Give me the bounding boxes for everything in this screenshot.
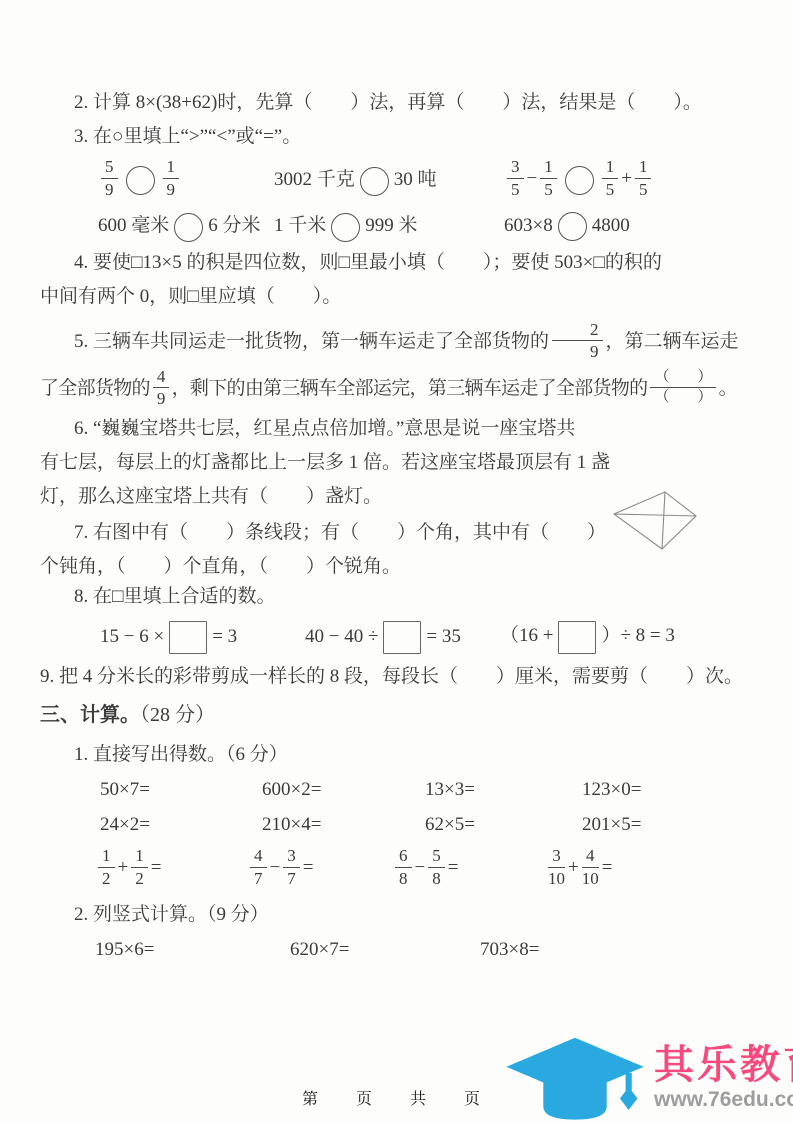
question-4-line2: 中间有两个 0，则□里应填（ ）。: [40, 280, 762, 314]
fraction-numerator: 1: [98, 846, 115, 867]
fraction-numerator: 3: [283, 846, 300, 867]
fraction-denominator: 9: [163, 179, 180, 199]
operator: +: [568, 857, 579, 878]
fraction-numerator: 1: [131, 846, 148, 867]
equation-item: （16 +）÷ 8 = 3: [500, 620, 762, 653]
fraction: 49: [153, 367, 169, 408]
worksheet-page: 2. 计算 8×(38+62)时，先算（ ）法，再算（ ）法，结果是（ ）。 3…: [0, 0, 793, 1122]
calc-item: 68−58=: [392, 848, 545, 889]
equals-sign: =: [448, 857, 459, 878]
fraction-numerator: 4: [250, 846, 267, 867]
equation-pre: 15 − 6 ×: [100, 625, 164, 646]
question-4-line1: 4. 要使□13×5 的积是四位数，则□里最小填（ ）；要使 503×□的积的: [40, 246, 762, 280]
fraction-numerator: 3: [548, 846, 565, 867]
compare-right: 999 米: [365, 215, 417, 236]
equation-pre: 40 − 40 ÷: [305, 625, 378, 646]
compare-left: 3002 千克: [274, 169, 355, 190]
fraction-denominator: 9: [552, 341, 603, 361]
compare-circle-blank: [331, 213, 360, 242]
fraction-denominator: 5: [602, 179, 619, 199]
question-3-title: 3. 在○里填上“>”“<”或“=”。: [40, 120, 762, 154]
fraction: 37: [283, 846, 300, 887]
question-6-line2: 有七层，每层上的灯盏都比上一层多 1 倍。若这座宝塔最顶层有 1 盏: [40, 446, 762, 480]
compare-circle-blank: [565, 166, 594, 195]
question-text: 了全部货物的: [40, 378, 150, 399]
fraction-denominator: 10: [548, 868, 565, 888]
question-text: 。: [719, 378, 737, 399]
fraction: 12: [98, 846, 115, 887]
question-text: ，剩下的由第三辆车全部运完，第三辆车运走了全部货物的: [172, 378, 648, 399]
calc-vertical-title: 2. 列竖式计算。（9 分）: [40, 898, 762, 932]
fraction-denominator: 7: [283, 868, 300, 888]
fraction-denominator: 8: [428, 868, 445, 888]
fraction: 12: [131, 846, 148, 887]
blank-box: [169, 621, 207, 654]
compare-item: 1 千米999 米: [274, 210, 504, 241]
fraction: 59: [101, 157, 118, 198]
kite-geometry-figure: [612, 486, 698, 552]
fraction-denominator: 9: [101, 179, 118, 199]
fraction: 29: [552, 320, 603, 361]
compare-right: 6 分米: [208, 215, 260, 236]
equation-item: 15 − 6 ×= 3: [100, 621, 305, 654]
compare-item: 35−1515+15: [504, 159, 762, 200]
brand-text: 其乐教育 www.76edu.com: [654, 1036, 793, 1112]
compare-right: 30 吨: [394, 169, 437, 190]
calc-direct-row3: 12+12= 47−37= 68−58= 310+410=: [95, 842, 762, 896]
question-5-line1: 5. 三辆车共同运走一批货物，第一辆车运走了全部货物的29，第二辆车运走: [40, 318, 762, 365]
calc-item: 50×7=: [100, 772, 262, 807]
compare-item: 600 毫米6 分米: [98, 210, 274, 241]
fraction: 19: [163, 157, 180, 198]
fraction: 58: [428, 846, 445, 887]
fraction: 47: [250, 846, 267, 887]
fraction: 68: [395, 846, 412, 887]
equals-sign: =: [151, 857, 162, 878]
fraction-denominator: 9: [153, 388, 169, 408]
fraction-numerator: 4: [582, 846, 599, 867]
blank-box: [383, 621, 421, 654]
fraction-denominator: 5: [635, 179, 652, 199]
calc-item: 620×7=: [290, 932, 480, 968]
fraction-numerator: 1: [540, 157, 557, 178]
operator: −: [527, 168, 538, 189]
fraction-numerator: 1: [163, 157, 180, 178]
brand-logo: 其乐教育 www.76edu.com: [500, 1036, 793, 1122]
compare-left: 1 千米: [274, 215, 326, 236]
calc-item: 703×8=: [480, 932, 762, 968]
calc-item: 195×6=: [95, 932, 290, 968]
question-7-line2: 个钝角，（ ）个直角，（ ）个锐角。: [40, 550, 762, 584]
brand-url: www.76edu.com: [654, 1088, 793, 1112]
compare-circle-blank: [360, 167, 389, 196]
section-3-title: 三、计算。（28 分）: [40, 696, 762, 734]
compare-circle-blank: [126, 166, 155, 195]
fraction-denominator: 2: [98, 868, 115, 888]
compare-circle-blank: [558, 212, 587, 241]
calc-item: 210×4=: [262, 807, 425, 842]
calc-item: 310+410=: [545, 848, 762, 889]
equation-pre: （16 +: [500, 625, 553, 646]
fraction: 35: [507, 157, 524, 198]
fraction: 310: [548, 846, 565, 887]
compare-row-2: 600 毫米6 分米 1 千米999 米 603×84800: [98, 206, 762, 246]
fraction-denominator: 7: [250, 868, 267, 888]
fraction-numerator: 5: [428, 846, 445, 867]
calc-vertical-row: 195×6= 620×7= 703×8=: [95, 932, 762, 968]
compare-item: 3002 千克30 吨: [274, 164, 504, 195]
worksheet-content: 2. 计算 8×(38+62)时，先算（ ）法，再算（ ）法，结果是（ ）。 3…: [40, 0, 762, 968]
fraction-denominator: 2: [131, 868, 148, 888]
calc-item: 600×2=: [262, 772, 425, 807]
question-9: 9. 把 4 分米长的彩带剪成一样长的 8 段，每段长（ ）厘米，需要剪（ ）次…: [40, 660, 762, 694]
operator: +: [118, 857, 129, 878]
compare-row-1: 5919 3002 千克30 吨 35−1515+15: [98, 154, 762, 206]
compare-circle-blank: [174, 213, 203, 242]
calc-item: 123×0=: [582, 772, 762, 807]
compare-left: 600 毫米: [98, 215, 169, 236]
equals-sign: =: [303, 857, 314, 878]
fraction-numerator: 6: [395, 846, 412, 867]
question-8-title: 8. 在□里填上合适的数。: [40, 580, 762, 614]
fraction-numerator: 1: [602, 157, 619, 178]
equation-post: = 35: [426, 625, 460, 646]
question-2: 2. 计算 8×(38+62)时，先算（ ）法，再算（ ）法，结果是（ ）。: [40, 86, 762, 120]
calc-direct-title: 1. 直接写出得数。（6 分）: [40, 738, 762, 772]
calc-direct-row2: 24×2= 210×4= 62×5= 201×5=: [100, 807, 762, 842]
question-8-equations: 15 − 6 ×= 3 40 − 40 ÷= 35 （16 +）÷ 8 = 3: [100, 614, 762, 660]
fraction-denominator: 8: [395, 868, 412, 888]
question-text: 5. 三辆车共同运走一批货物，第一辆车运走了全部货物的: [74, 331, 549, 352]
calc-item: 12+12=: [95, 848, 247, 889]
fraction-numerator: 5: [101, 157, 118, 178]
fraction: 15: [602, 157, 619, 198]
fraction-numerator: 4: [153, 367, 169, 388]
section-number: 三、计算。: [40, 704, 140, 726]
blank-box: [558, 621, 596, 654]
calc-item: 47−37=: [247, 848, 392, 889]
calc-item: 62×5=: [425, 807, 582, 842]
calc-item: 24×2=: [100, 807, 262, 842]
fraction-numerator: 3: [507, 157, 524, 178]
question-text: ，第二辆车运走: [606, 331, 739, 352]
compare-item: 603×84800: [504, 212, 762, 241]
equals-sign: =: [602, 857, 613, 878]
calc-item: 201×5=: [582, 807, 762, 842]
fraction-denominator: （ ）: [650, 388, 715, 406]
equation-post: = 3: [212, 625, 237, 646]
fraction: 15: [540, 157, 557, 198]
compare-left: 603×8: [504, 214, 553, 235]
question-6-line1: 6. “巍巍宝塔共七层，红星点点倍加增。”意思是说一座宝塔共: [40, 412, 762, 446]
fraction-numerator: 1: [635, 157, 652, 178]
brand-name: 其乐教育: [654, 1042, 793, 1088]
question-5-line2: 了全部货物的49，剩下的由第三辆车全部运完，第三辆车运走了全部货物的（ ）（ ）…: [40, 365, 762, 412]
equation-post: ）÷ 8 = 3: [601, 625, 674, 646]
compare-right: 4800: [592, 214, 630, 235]
calc-item: 13×3=: [425, 772, 582, 807]
calc-direct-row1: 50×7= 600×2= 13×3= 123×0=: [100, 772, 762, 807]
fraction-blank: （ ）（ ）: [650, 369, 715, 406]
fraction-denominator: 5: [507, 179, 524, 199]
fraction-numerator: 2: [552, 320, 603, 341]
fraction-numerator: （ ）: [650, 369, 715, 388]
fraction: 410: [582, 846, 599, 887]
equation-item: 40 − 40 ÷= 35: [305, 621, 500, 654]
operator: −: [270, 857, 281, 878]
graduation-cap-icon: [500, 1036, 650, 1122]
section-score: （28 分）: [140, 704, 215, 726]
fraction: 15: [635, 157, 652, 198]
operator: +: [621, 168, 632, 189]
fraction-denominator: 5: [540, 179, 557, 199]
fraction-denominator: 10: [582, 868, 599, 888]
compare-item: 5919: [98, 159, 274, 200]
operator: −: [415, 857, 426, 878]
